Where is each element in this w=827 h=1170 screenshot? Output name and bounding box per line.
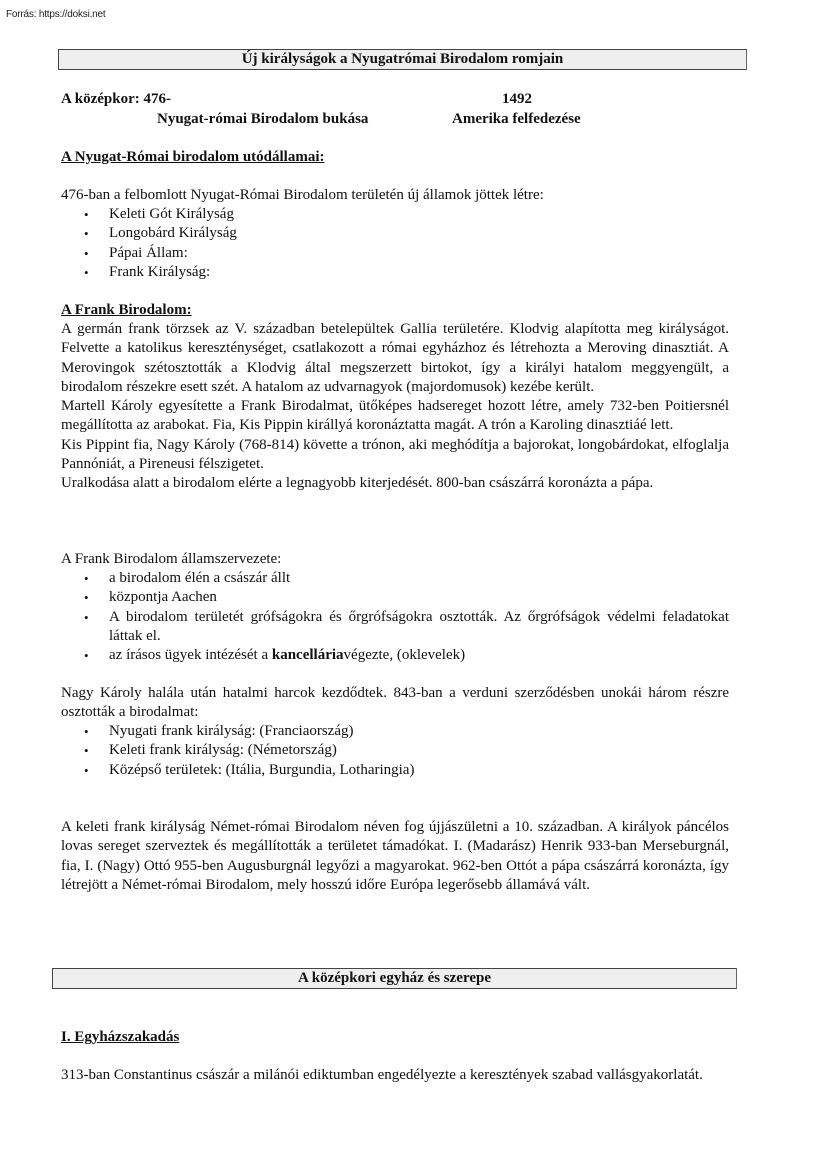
paragraph: A germán frank törzsek az V. században b… xyxy=(61,320,729,397)
state-org-intro: A Frank Birodalom államszervezete: xyxy=(61,550,281,569)
bold-term: kancellária xyxy=(272,647,344,663)
timeline-end-event: Amerika felfedezése xyxy=(452,110,581,129)
text: végezte, (oklevelek) xyxy=(344,647,466,663)
frank-heading: A Frank Birodalom: xyxy=(61,301,192,320)
schism-paragraph: 313-ban Constantinus császár a milánói e… xyxy=(61,1066,729,1085)
successor-heading: A Nyugat-Római birodalom utódállamai: xyxy=(61,148,325,167)
timeline-end-year: 1492 xyxy=(502,90,532,109)
paragraph: Kis Pippint fia, Nagy Károly (768-814) k… xyxy=(61,436,729,475)
successor-intro: 476-ban a felbomlott Nyugat-Római Biroda… xyxy=(61,186,544,205)
paragraph: Martell Károly egyesítette a Frank Birod… xyxy=(61,397,729,436)
list-item: az írásos ügyek intézését a kancelláriav… xyxy=(61,646,729,665)
source-label: Forrás: https://doksi.net xyxy=(6,9,106,20)
list-item: a birodalom élén a császár állt xyxy=(61,569,729,588)
list-item: A birodalom területét grófságokra és őrg… xyxy=(61,608,729,647)
section-title-box: A középkori egyház és szerepe xyxy=(52,968,737,989)
list-item: központja Aachen xyxy=(61,588,729,607)
list-item: Longobárd Királyság xyxy=(61,224,729,243)
list-item: Frank Királyság: xyxy=(61,263,729,282)
successor-states-list: Keleti Gót Királyság Longobárd Királyság… xyxy=(61,205,729,282)
state-org-list: a birodalom élén a császár állt központj… xyxy=(61,569,729,665)
section-title-box: Új királyságok a Nyugatrómai Birodalom r… xyxy=(58,49,747,70)
timeline-start-event: Nyugat-római Birodalom bukása xyxy=(157,110,368,129)
list-item: Pápai Állam: xyxy=(61,244,729,263)
verdun-list: Nyugati frank királyság: (Franciaország)… xyxy=(61,722,729,780)
list-item: Nyugati frank királyság: (Franciaország) xyxy=(61,722,729,741)
paragraph: Uralkodása alatt a birodalom elérte a le… xyxy=(61,474,729,493)
text: az írásos ügyek intézését a xyxy=(109,647,272,663)
schism-heading: I. Egyházszakadás xyxy=(61,1028,179,1047)
frank-text: A germán frank törzsek az V. században b… xyxy=(61,320,729,494)
timeline-label: A középkor: 476- xyxy=(61,90,171,109)
list-item: Keleti Gót Királyság xyxy=(61,205,729,224)
list-item: Középső területek: (Itália, Burgundia, L… xyxy=(61,761,729,780)
east-frank-paragraph: A keleti frank királyság Német-római Bir… xyxy=(61,818,729,895)
list-item: Keleti frank királyság: (Németország) xyxy=(61,741,729,760)
verdun-paragraph: Nagy Károly halála után hatalmi harcok k… xyxy=(61,684,729,723)
